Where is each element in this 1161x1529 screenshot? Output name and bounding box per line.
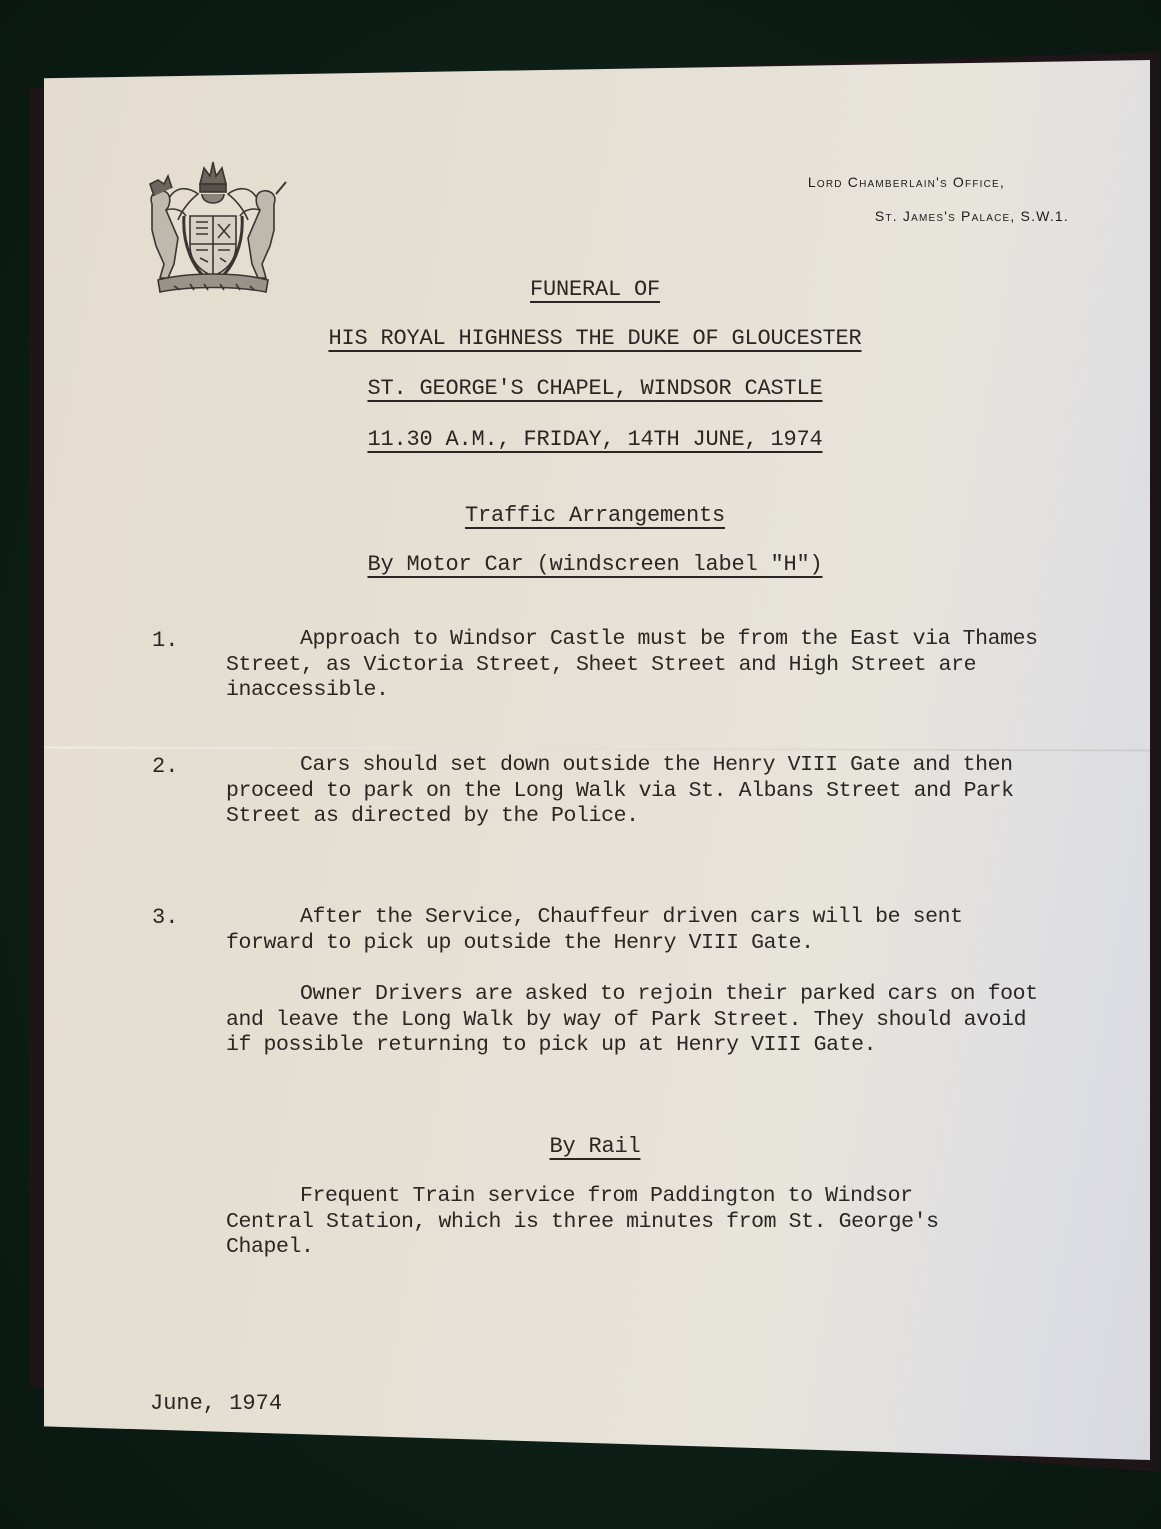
section-heading: Traffic Arrangements — [465, 503, 725, 528]
title-funeral-of: FUNERAL OF — [530, 277, 660, 302]
section-heading-row: Traffic Arrangements — [0, 503, 1161, 528]
rail-heading: By Rail — [549, 1134, 640, 1159]
title-name: HIS ROYAL HIGHNESS THE DUKE OF GLOUCESTE… — [328, 326, 861, 351]
item-text-1: Approach to Windsor Castle must be from … — [226, 627, 1046, 704]
title-line-3: ST. GEORGE'S CHAPEL, WINDSOR CASTLE — [0, 376, 1161, 401]
motor-car-heading: By Motor Car (windscreen label "H") — [367, 552, 822, 577]
letterhead-office: Lord Chamberlain's Office, — [808, 174, 1005, 190]
item-number-2: 2. — [152, 754, 178, 779]
title-line-1: FUNERAL OF — [0, 277, 1161, 302]
footer-date: June, 1974 — [150, 1391, 282, 1416]
motor-car-heading-row: By Motor Car (windscreen label "H") — [0, 552, 1161, 577]
item-text-3: After the Service, Chauffeur driven cars… — [226, 905, 1046, 956]
item-number-3: 3. — [152, 905, 178, 930]
item-text-3-followup: Owner Drivers are asked to rejoin their … — [226, 982, 1046, 1059]
item-text-2: Cars should set down outside the Henry V… — [226, 753, 1046, 830]
title-line-2: HIS ROYAL HIGHNESS THE DUKE OF GLOUCESTE… — [0, 326, 1161, 351]
rail-text: Frequent Train service from Paddington t… — [226, 1184, 966, 1261]
title-datetime: 11.30 A.M., FRIDAY, 14TH JUNE, 1974 — [367, 427, 822, 452]
title-venue: ST. GEORGE'S CHAPEL, WINDSOR CASTLE — [367, 376, 822, 401]
letterhead-address: St. James's Palace, S.W.1. — [875, 208, 1069, 224]
item-number-1: 1. — [152, 628, 178, 653]
rail-heading-row: By Rail — [0, 1134, 1161, 1159]
title-line-4: 11.30 A.M., FRIDAY, 14TH JUNE, 1974 — [0, 427, 1161, 452]
